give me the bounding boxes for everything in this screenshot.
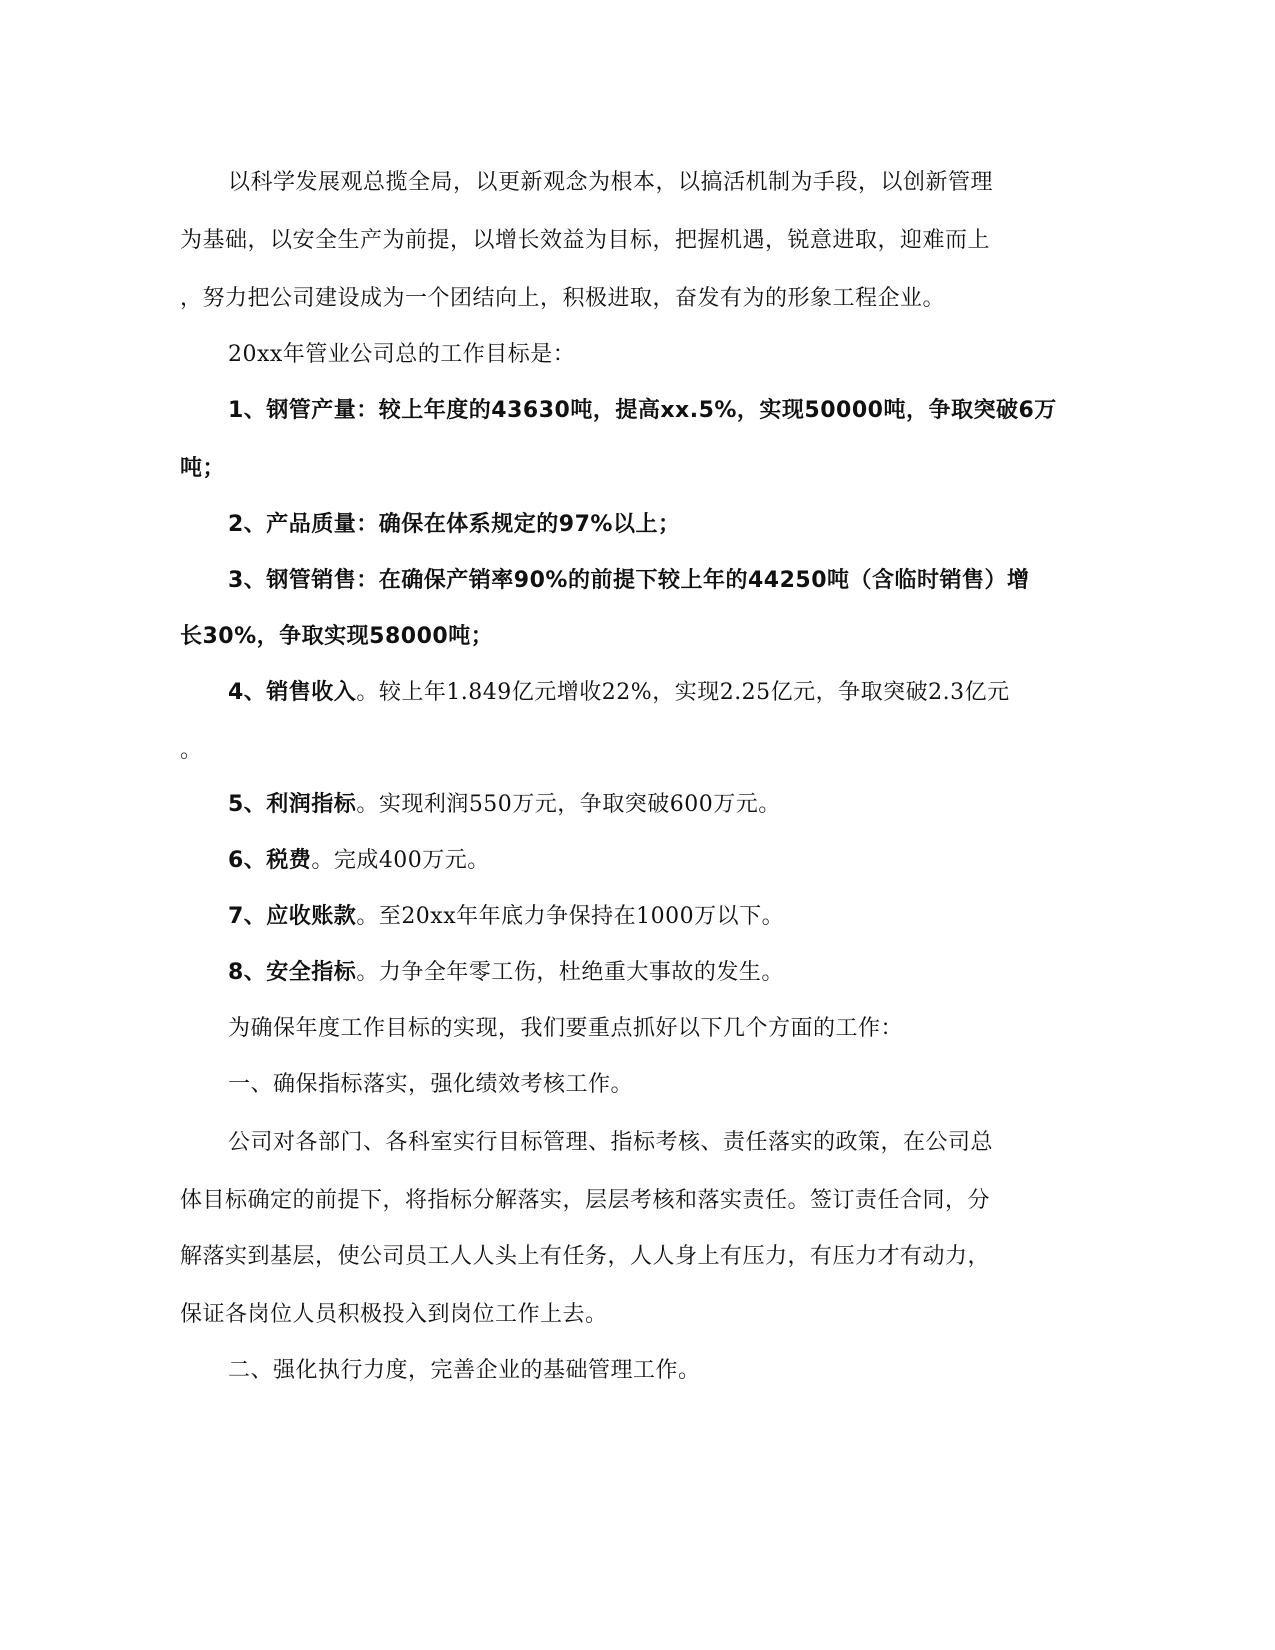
target-item-text: 。实现利润550万元，争取突破600万元。 (356, 792, 780, 817)
target-item: 8、安全指标。力争全年零工伤，杜绝重大事故的发生。 (228, 958, 784, 988)
target-item-label: 8、安全指标 (228, 960, 356, 985)
document-page: 以科学发展观总揽全局，以更新观念为根本，以搞活机制为手段，以创新管理为基础，以安… (0, 0, 1275, 1650)
target-item-label: 4、销售收入 (228, 680, 356, 705)
paragraph-line: 公司对各部门、各科室实行目标管理、指标考核、责任落实的政策，在公司总 (228, 1128, 993, 1158)
paragraph-line: 为基础，以安全生产为前提，以增长效益为目标，把握机遇，锐意进取，迎难而上 (180, 226, 990, 256)
paragraph-line: 3、钢管销售：在确保产销率90%的前提下较上年的44250吨（含临时销售）增 (228, 566, 1030, 596)
paragraph-line: 一、确保指标落实，强化绩效考核工作。 (228, 1070, 633, 1100)
paragraph-line: 以科学发展观总揽全局，以更新观念为根本，以搞活机制为手段，以创新管理 (228, 168, 993, 198)
paragraph-line: 2、产品质量：确保在体系规定的97%以上； (228, 510, 680, 540)
target-item: 4、销售收入。较上年1.849亿元增收22%，实现2.25亿元，争取突破2.3亿… (228, 678, 1010, 708)
paragraph-line: 1、钢管产量：较上年度的43630吨，提高xx.5%，实现50000吨，争取突破… (228, 396, 1057, 426)
trailing-period: 。 (180, 736, 203, 766)
target-item-text: 。较上年1.849亿元增收22%，实现2.25亿元，争取突破2.3亿元 (356, 680, 1009, 705)
target-item-label: 6、税费 (228, 848, 311, 873)
target-item-label: 7、应收账款 (228, 904, 356, 929)
target-item-label: 5、利润指标 (228, 792, 356, 817)
paragraph-line: 长30%，争取实现58000吨； (180, 622, 493, 652)
paragraph-line: 20xx年管业公司总的工作目标是： (228, 340, 575, 370)
paragraph-line: 保证各岗位人员积极投入到岗位工作上去。 (180, 1300, 608, 1330)
paragraph-line: 吨； (180, 454, 225, 484)
paragraph-line: 为确保年度工作目标的实现，我们要重点抓好以下几个方面的工作： (228, 1014, 903, 1044)
target-item-text: 。力争全年零工伤，杜绝重大事故的发生。 (356, 960, 784, 985)
target-item: 6、税费。完成400万元。 (228, 846, 490, 876)
paragraph-line: ，努力把公司建设成为一个团结向上，积极进取，奋发有为的形象工程企业。 (180, 284, 945, 314)
target-item-text: 。完成400万元。 (311, 848, 490, 873)
target-item-text: 。至20xx年年底力争保持在1000万以下。 (356, 904, 784, 929)
paragraph-line: 体目标确定的前提下，将指标分解落实，层层考核和落实责任。签订责任合同，分 (180, 1186, 990, 1216)
target-item: 7、应收账款。至20xx年年底力争保持在1000万以下。 (228, 902, 784, 932)
target-item: 5、利润指标。实现利润550万元，争取突破600万元。 (228, 790, 781, 820)
paragraph-line: 二、强化执行力度，完善企业的基础管理工作。 (228, 1356, 701, 1386)
paragraph-line: 解落实到基层，使公司员工人人头上有任务，人人身上有压力，有压力才有动力， (180, 1242, 990, 1272)
